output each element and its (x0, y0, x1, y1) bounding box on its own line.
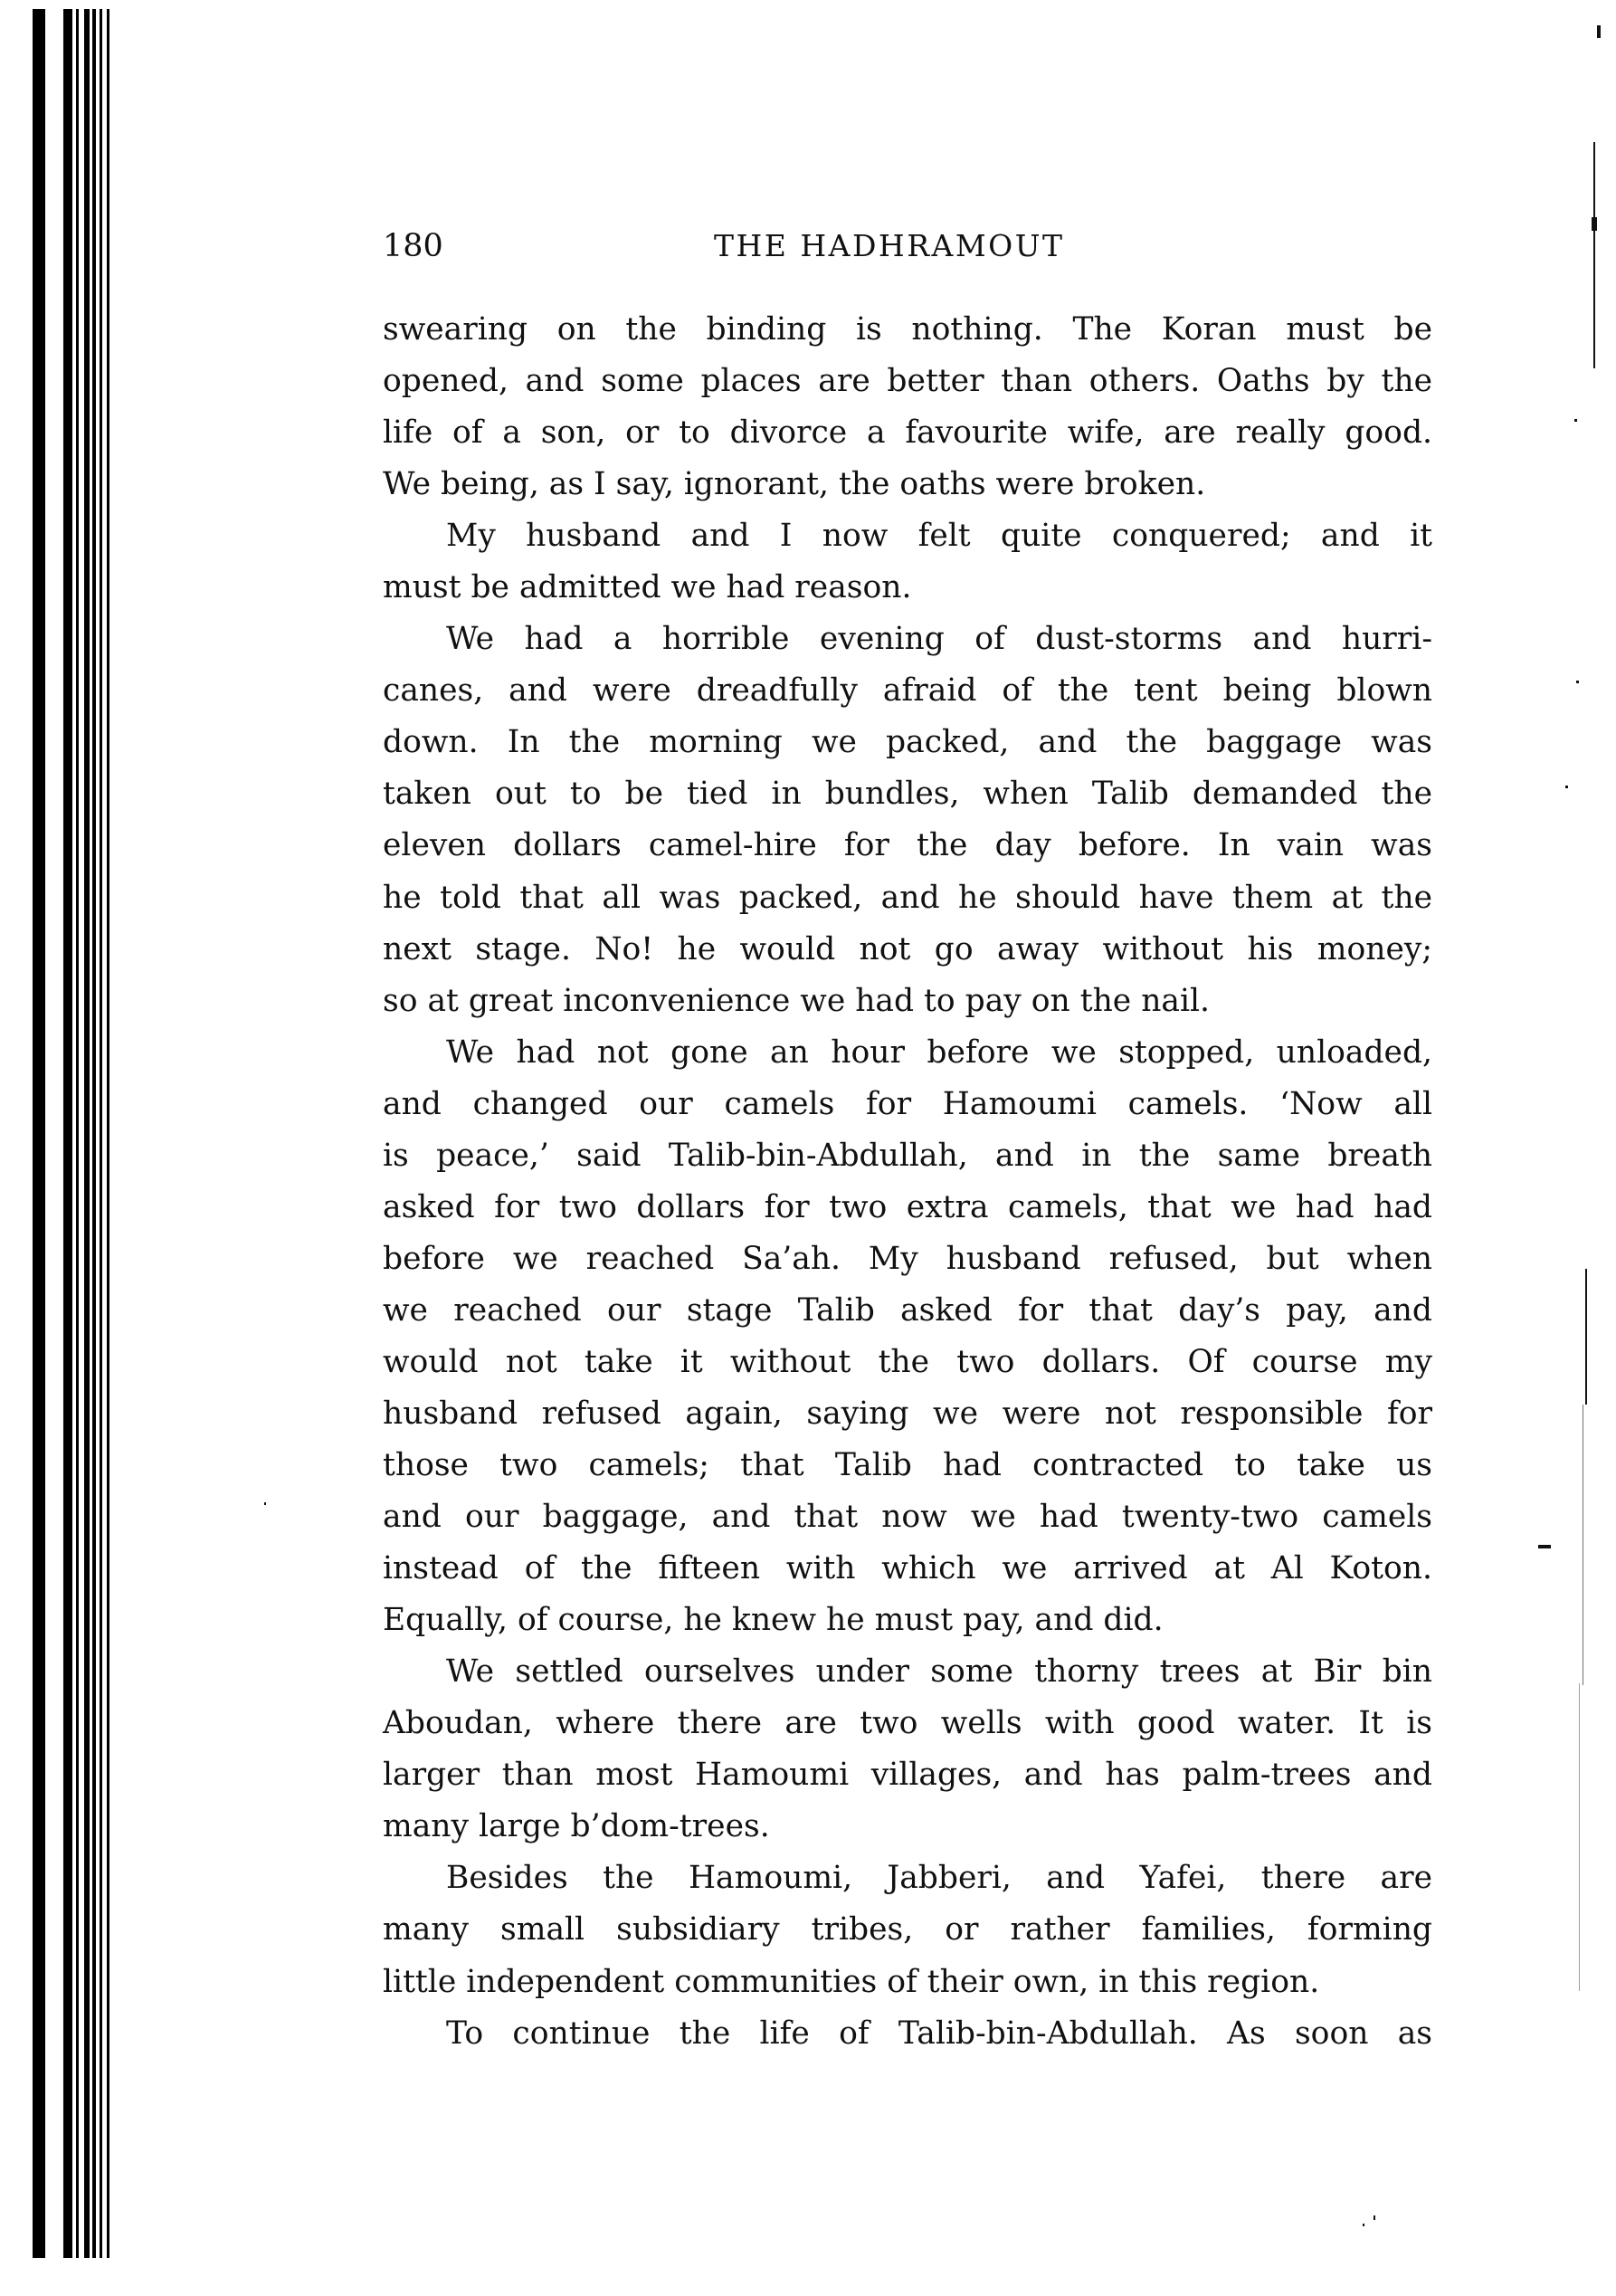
book-page: 180 THE HADHRAMOUT swearing on the bindi… (0, 0, 1616, 2296)
text-line: eleven dollars camel-hire for the day be… (383, 820, 1432, 872)
text-line: opened, and some places are better than … (383, 356, 1432, 407)
text-line: instead of the fifteen with which we arr… (383, 1543, 1432, 1595)
scan-mark (1565, 786, 1568, 788)
text-line: My husband and I now felt quite conquere… (383, 510, 1432, 562)
text-line: we reached our stage Talib asked for tha… (383, 1285, 1432, 1337)
text-line: would not take it without the two dollar… (383, 1337, 1432, 1388)
text-line: We had not gone an hour before we stoppe… (383, 1027, 1432, 1079)
scan-mark (1579, 1683, 1580, 1991)
text-line: asked for two dollars for two extra came… (383, 1182, 1432, 1234)
binding-stripe (107, 9, 109, 2258)
text-line: so at great inconvenience we had to pay … (383, 976, 1432, 1027)
binding-stripe (76, 9, 79, 2258)
text-line: We settled ourselves under some thorny t… (383, 1646, 1432, 1698)
scan-mark (1585, 1269, 1587, 1405)
text-line: life of a son, or to divorce a favourite… (383, 407, 1432, 459)
scan-mark (1374, 2215, 1375, 2220)
binding-stripe (92, 9, 96, 2258)
text-line: next stage. No! he would not go away wit… (383, 924, 1432, 976)
text-line: canes, and were dreadfully afraid of the… (383, 665, 1432, 717)
text-line: Besides the Hamoumi, Jabberi, and Yafei,… (383, 1853, 1432, 1904)
running-title: THE HADHRAMOUT (714, 228, 1065, 264)
text-line: and our baggage, and that now we had twe… (383, 1491, 1432, 1543)
scan-mark (264, 1502, 266, 1505)
binding-stripe (100, 9, 102, 2258)
text-line: little independent communities of their … (383, 1957, 1432, 2008)
scan-mark (1363, 2224, 1364, 2226)
text-line: We had a horrible evening of dust-storms… (383, 614, 1432, 665)
running-head: 180 THE HADHRAMOUT (383, 228, 1432, 264)
scan-mark (1593, 142, 1595, 368)
scan-mark (1576, 681, 1579, 683)
text-line: larger than most Hamoumi villages, and h… (383, 1749, 1432, 1801)
text-line: To continue the life of Talib-bin-Abdull… (383, 2008, 1432, 2060)
binding-stripe (63, 9, 72, 2258)
scan-mark (1597, 25, 1601, 38)
scan-mark (1538, 1545, 1551, 1548)
text-line: those two camels; that Talib had contrac… (383, 1440, 1432, 1491)
text-line: Aboudan, where there are two wells with … (383, 1698, 1432, 1749)
text-line: must be admitted we had reason. (383, 562, 1432, 614)
text-line: many small subsidiary tribes, or rather … (383, 1904, 1432, 1956)
text-line: many large b’dom-trees. (383, 1801, 1432, 1853)
scan-mark (1592, 217, 1597, 231)
text-line: he told that all was packed, and he shou… (383, 872, 1432, 924)
binding-stripe (33, 9, 45, 2258)
text-line: swearing on the binding is nothing. The … (383, 304, 1432, 356)
scan-mark (1583, 1405, 1583, 1685)
body-text: swearing on the binding is nothing. The … (383, 304, 1432, 2060)
text-line: down. In the morning we packed, and the … (383, 717, 1432, 768)
text-line: and changed our camels for Hamoumi camel… (383, 1079, 1432, 1130)
text-line: is peace,’ said Talib-bin-Abdullah, and … (383, 1130, 1432, 1182)
text-line: husband refused again, saying we were no… (383, 1388, 1432, 1440)
book-binding-edge (0, 9, 127, 2258)
page-number: 180 (383, 228, 443, 264)
text-line: We being, as I say, ignorant, the oaths … (383, 459, 1432, 510)
binding-stripe (84, 9, 90, 2258)
text-line: taken out to be tied in bundles, when Ta… (383, 768, 1432, 820)
text-line: before we reached Sa’ah. My husband refu… (383, 1234, 1432, 1285)
text-line: Equally, of course, he knew he must pay,… (383, 1595, 1432, 1646)
scan-mark (1574, 419, 1577, 422)
